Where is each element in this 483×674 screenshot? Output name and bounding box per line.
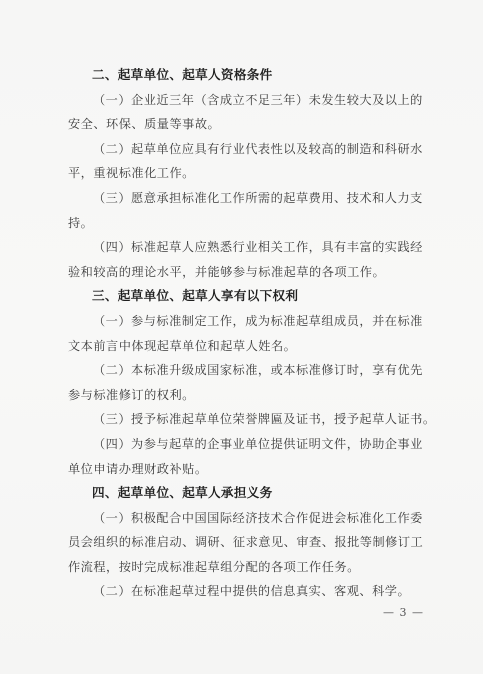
paragraph-line: 平，重视标准化工作。 [68,161,426,186]
paragraph-line: （四）标准起草人应熟悉行业相关工作，具有丰富的实践经 [68,235,426,260]
paragraph-line: 单位申请办理财政补贴。 [68,457,426,482]
paragraph-line: （二）起草单位应具有行业代表性以及较高的制造和科研水 [68,137,426,162]
document-page: 二、起草单位、起草人资格条件 （一）企业近三年（含成立不足三年）未发生较大及以上… [0,0,483,674]
paragraph-line: 文本前言中体现起草单位和起草人姓名。 [68,334,426,359]
paragraph-line: （一）企业近三年（含成立不足三年）未发生较大及以上的 [68,88,426,113]
paragraph-line: 持。 [68,211,426,236]
paragraph-line: 安全、环保、质量等事故。 [68,112,426,137]
paragraph-line: 员会组织的标准启动、调研、征求意见、审查、报批等制修订工 [68,530,426,555]
paragraph-line: 参与标准修订的权利。 [68,383,426,408]
paragraph-line: （三）愿意承担标准化工作所需的起草费用、技术和人力支 [68,186,426,211]
paragraph-line: （一）参与标准制定工作，成为标准起草组成员，并在标准 [68,309,426,334]
paragraph-line: （二）本标准升级成国家标准，或本标准修订时，享有优先 [68,358,426,383]
paragraph-line: 作流程，按时完成标准起草组分配的各项工作任务。 [68,555,426,580]
paragraph-line: （二）在标准起草过程中提供的信息真实、客观、科学。 [68,579,426,604]
paragraph-line: （四）为参与起草的企事业单位提供证明文件，协助企事业 [68,432,426,457]
paragraph-line: （一）积极配合中国国际经济技术合作促进会标准化工作委 [68,506,426,531]
section-heading: 三、起草单位、起草人享有以下权利 [68,284,426,309]
section-heading: 四、起草单位、起草人承担义务 [68,481,426,506]
document-body: 二、起草单位、起草人资格条件 （一）企业近三年（含成立不足三年）未发生较大及以上… [68,63,426,604]
page-number: — 3 — [383,606,424,619]
paragraph-line: 验和较高的理论水平，并能够参与标准起草的各项工作。 [68,260,426,285]
paragraph-line: （三）授予标准起草单位荣誉牌匾及证书，授予起草人证书。 [68,407,426,432]
section-heading: 二、起草单位、起草人资格条件 [68,63,426,88]
